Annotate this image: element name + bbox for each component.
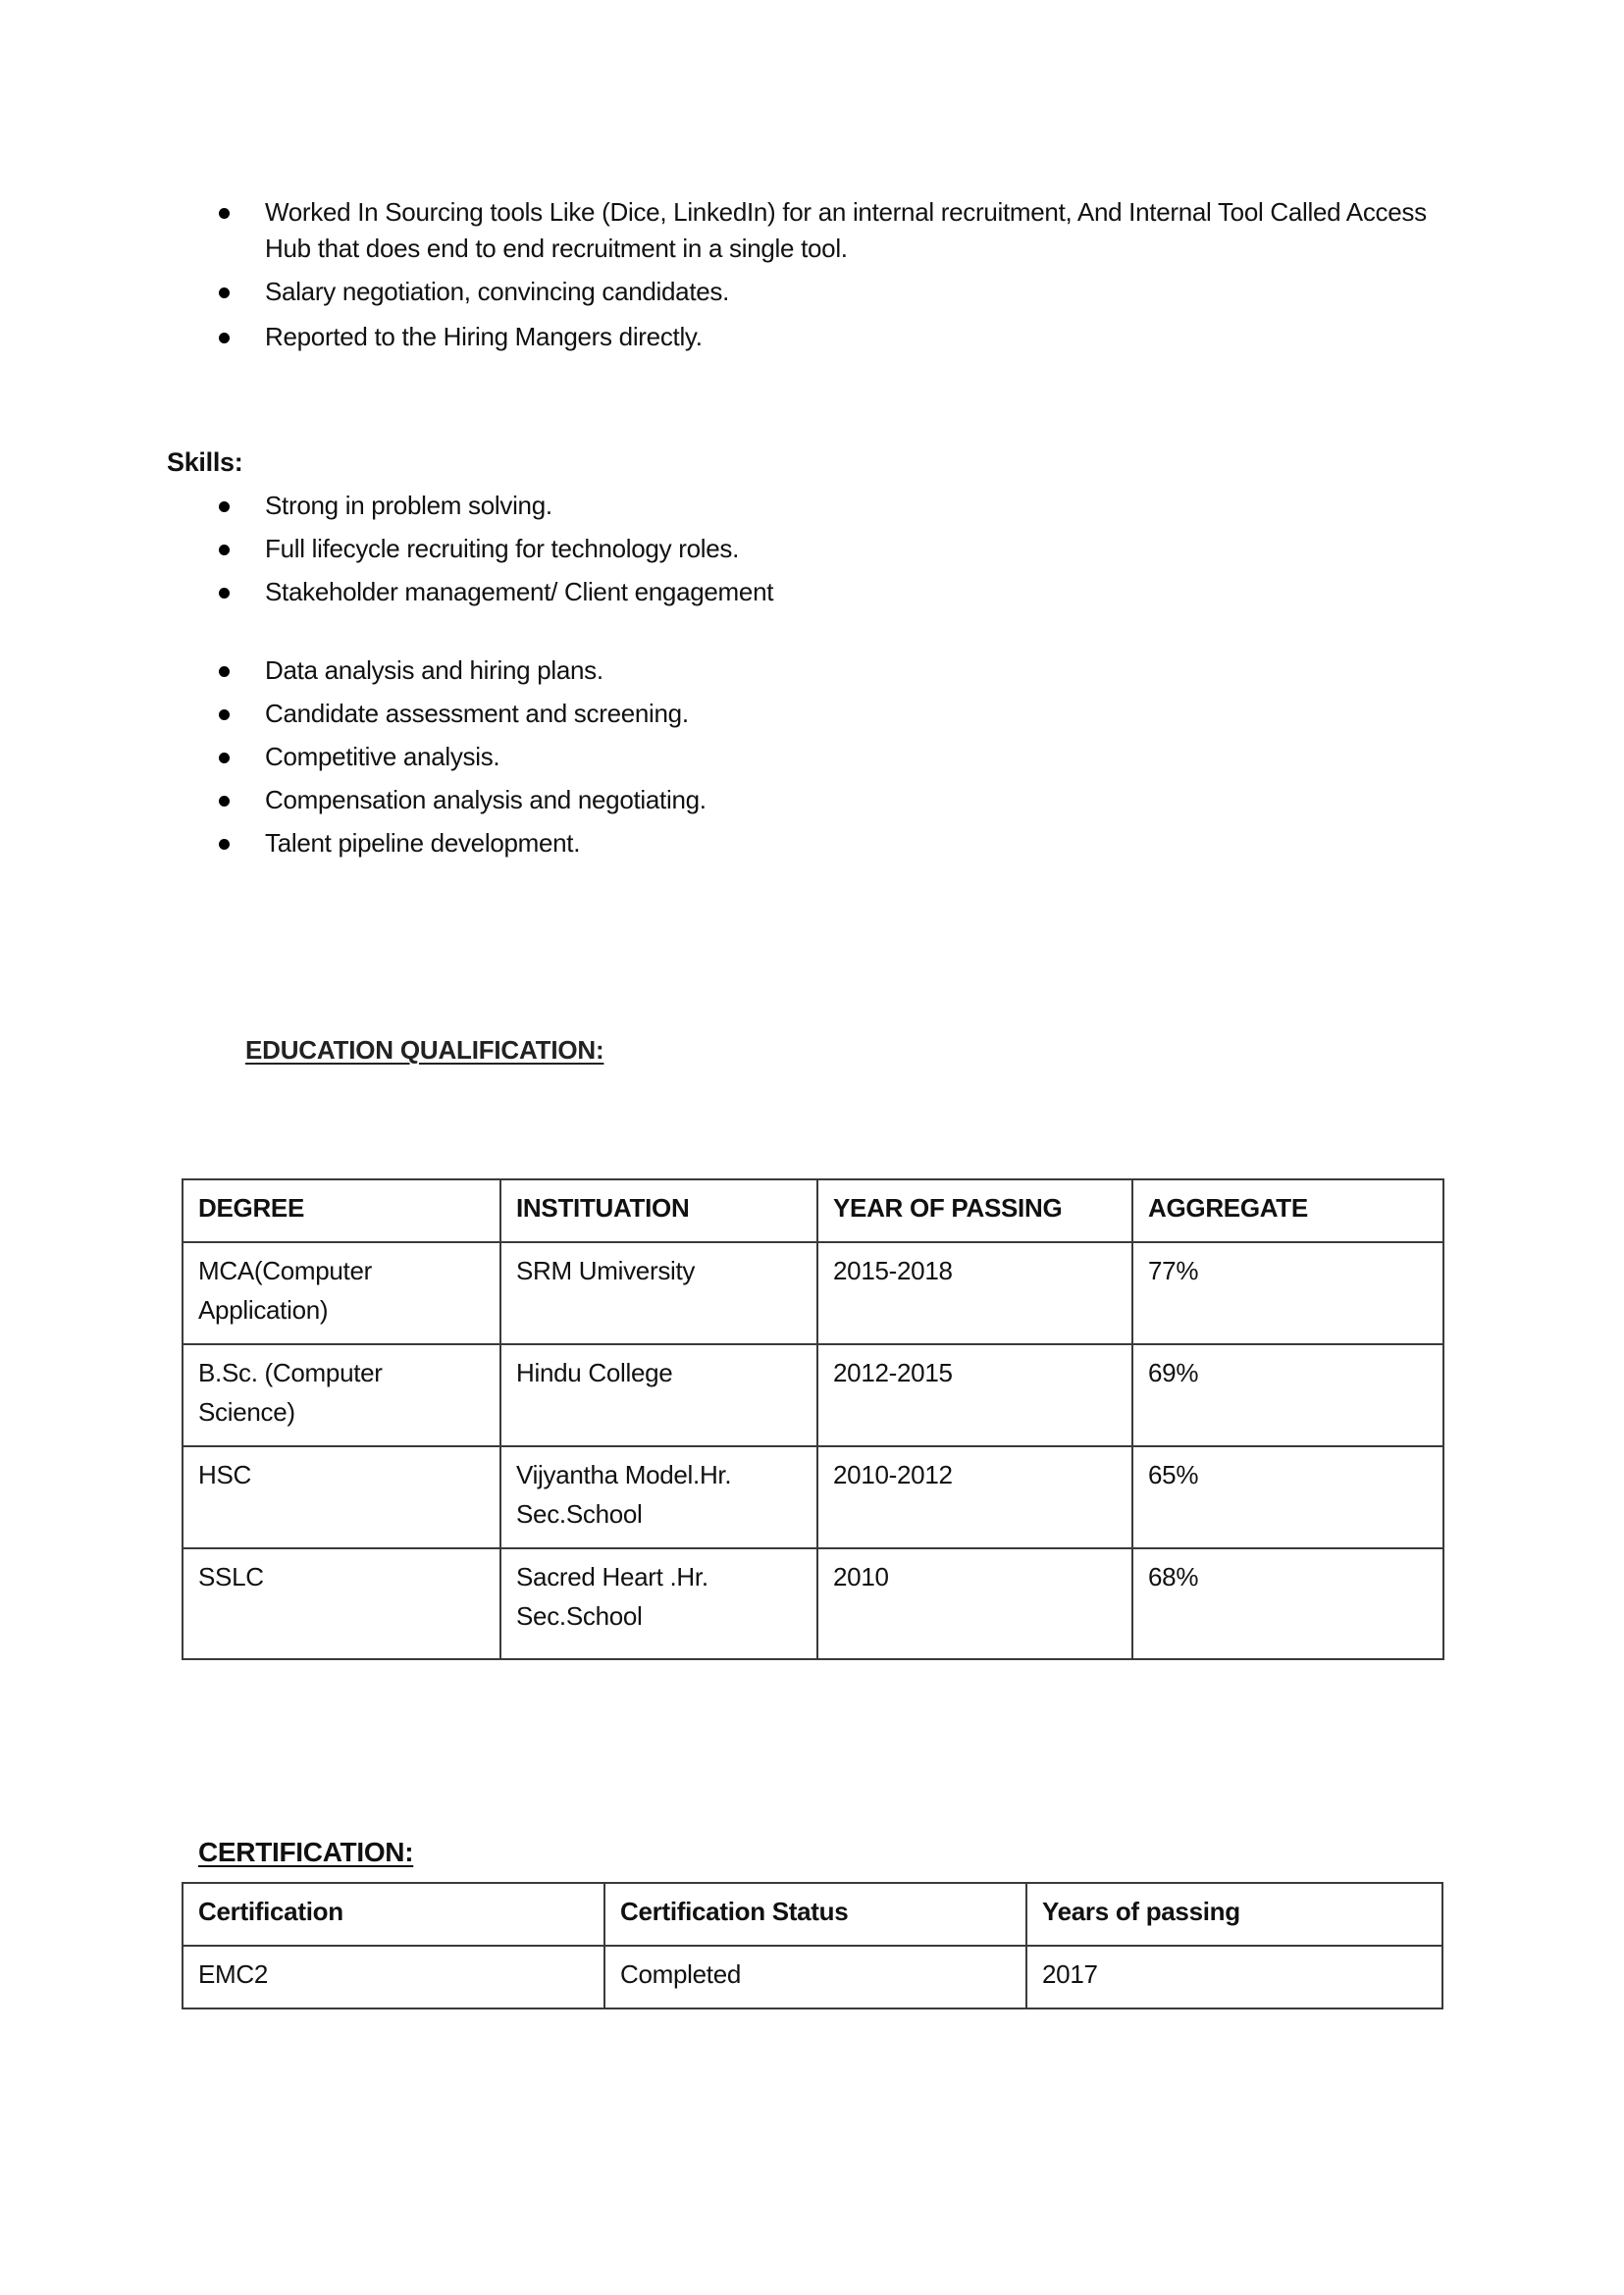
list-item: Talent pipeline development. — [219, 825, 1102, 861]
list-item: Reported to the Hiring Mangers directly. — [219, 319, 1436, 355]
list-item: Compensation analysis and negotiating. — [219, 782, 1102, 818]
skill-text: Full lifecycle recruiting for technology… — [265, 534, 739, 563]
bullet-icon — [219, 501, 230, 512]
table-row: EMC2 Completed 2017 — [183, 1946, 1442, 2008]
table-header-row: Certification Certification Status Years… — [183, 1883, 1442, 1946]
institution-cell: Vijyantha Model.Hr. Sec.School — [500, 1446, 817, 1548]
institution-cell: SRM Umiversity — [500, 1242, 817, 1344]
list-item: Stakeholder management/ Client engagemen… — [219, 574, 1102, 610]
skill-text: Compensation analysis and negotiating. — [265, 785, 707, 814]
bullet-icon — [219, 666, 230, 677]
skill-text: Competitive analysis. — [265, 742, 499, 771]
table-row: HSC Vijyantha Model.Hr. Sec.School 2010-… — [183, 1446, 1443, 1548]
aggregate-cell: 68% — [1132, 1548, 1443, 1659]
list-item: Competitive analysis. — [219, 739, 1102, 775]
skill-text: Talent pipeline development. — [265, 828, 580, 858]
skill-text: Data analysis and hiring plans. — [265, 655, 603, 685]
resume-page: Worked In Sourcing tools Like (Dice, Lin… — [0, 0, 1624, 2295]
aggregate-cell: 77% — [1132, 1242, 1443, 1344]
list-item: Worked In Sourcing tools Like (Dice, Lin… — [219, 194, 1436, 267]
column-header-years: Years of passing — [1026, 1883, 1442, 1946]
bullet-icon — [219, 796, 230, 807]
aggregate-cell: 65% — [1132, 1446, 1443, 1548]
degree-cell: HSC — [183, 1446, 500, 1548]
table-row: MCA(Computer Application) SRM Umiversity… — [183, 1242, 1443, 1344]
list-item: Data analysis and hiring plans. — [219, 652, 1102, 689]
bullet-icon — [219, 839, 230, 850]
skill-text: Candidate assessment and screening. — [265, 699, 689, 728]
education-table: DEGREE INSTITUATION YEAR OF PASSING AGGR… — [182, 1178, 1444, 1660]
bullet-icon — [219, 588, 230, 599]
column-header-year: YEAR OF PASSING — [817, 1179, 1132, 1242]
bullet-icon — [219, 287, 230, 298]
bullet-icon — [219, 709, 230, 720]
list-item: Candidate assessment and screening. — [219, 696, 1102, 732]
institution-cell: Hindu College — [500, 1344, 817, 1446]
certification-heading: CERTIFICATION: — [198, 1837, 413, 1868]
bullet-text: Worked In Sourcing tools Like (Dice, Lin… — [265, 197, 1427, 263]
column-header-institution: INSTITUATION — [500, 1179, 817, 1242]
year-cell: 2017 — [1026, 1946, 1442, 2008]
bullet-icon — [219, 208, 230, 219]
year-cell: 2010-2012 — [817, 1446, 1132, 1548]
bullet-icon — [219, 333, 230, 343]
skills-heading: Skills: — [167, 447, 242, 478]
column-header-aggregate: AGGREGATE — [1132, 1179, 1443, 1242]
bullet-icon — [219, 545, 230, 555]
education-heading: EDUCATION QUALIFICATION: — [245, 1035, 603, 1066]
skills-list-secondary: Data analysis and hiring plans. Candidat… — [219, 652, 1102, 868]
institution-cell: Sacred Heart .Hr. Sec.School — [500, 1548, 817, 1659]
skill-text: Strong in problem solving. — [265, 491, 552, 520]
bullet-icon — [219, 753, 230, 763]
list-item: Salary negotiation, convincing candidate… — [219, 274, 1436, 310]
degree-cell: MCA(Computer Application) — [183, 1242, 500, 1344]
aggregate-cell: 69% — [1132, 1344, 1443, 1446]
list-item: Full lifecycle recruiting for technology… — [219, 531, 1102, 567]
certification-cell: EMC2 — [183, 1946, 604, 2008]
bullet-text: Salary negotiation, convincing candidate… — [265, 277, 729, 306]
degree-cell: B.Sc. (Computer Science) — [183, 1344, 500, 1446]
bullet-text: Reported to the Hiring Mangers directly. — [265, 322, 703, 351]
list-item: Strong in problem solving. — [219, 488, 1102, 524]
skills-list-primary: Strong in problem solving. Full lifecycl… — [219, 488, 1102, 617]
column-header-status: Certification Status — [604, 1883, 1026, 1946]
degree-cell: SSLC — [183, 1548, 500, 1659]
year-cell: 2015-2018 — [817, 1242, 1132, 1344]
table-row: B.Sc. (Computer Science) Hindu College 2… — [183, 1344, 1443, 1446]
column-header-degree: DEGREE — [183, 1179, 500, 1242]
year-cell: 2012-2015 — [817, 1344, 1132, 1446]
status-cell: Completed — [604, 1946, 1026, 2008]
table-header-row: DEGREE INSTITUATION YEAR OF PASSING AGGR… — [183, 1179, 1443, 1242]
table-row: SSLC Sacred Heart .Hr. Sec.School 2010 6… — [183, 1548, 1443, 1659]
skill-text: Stakeholder management/ Client engagemen… — [265, 577, 773, 606]
experience-bullet-list: Worked In Sourcing tools Like (Dice, Lin… — [219, 194, 1436, 355]
certification-table: Certification Certification Status Years… — [182, 1882, 1443, 2009]
column-header-certification: Certification — [183, 1883, 604, 1946]
year-cell: 2010 — [817, 1548, 1132, 1659]
